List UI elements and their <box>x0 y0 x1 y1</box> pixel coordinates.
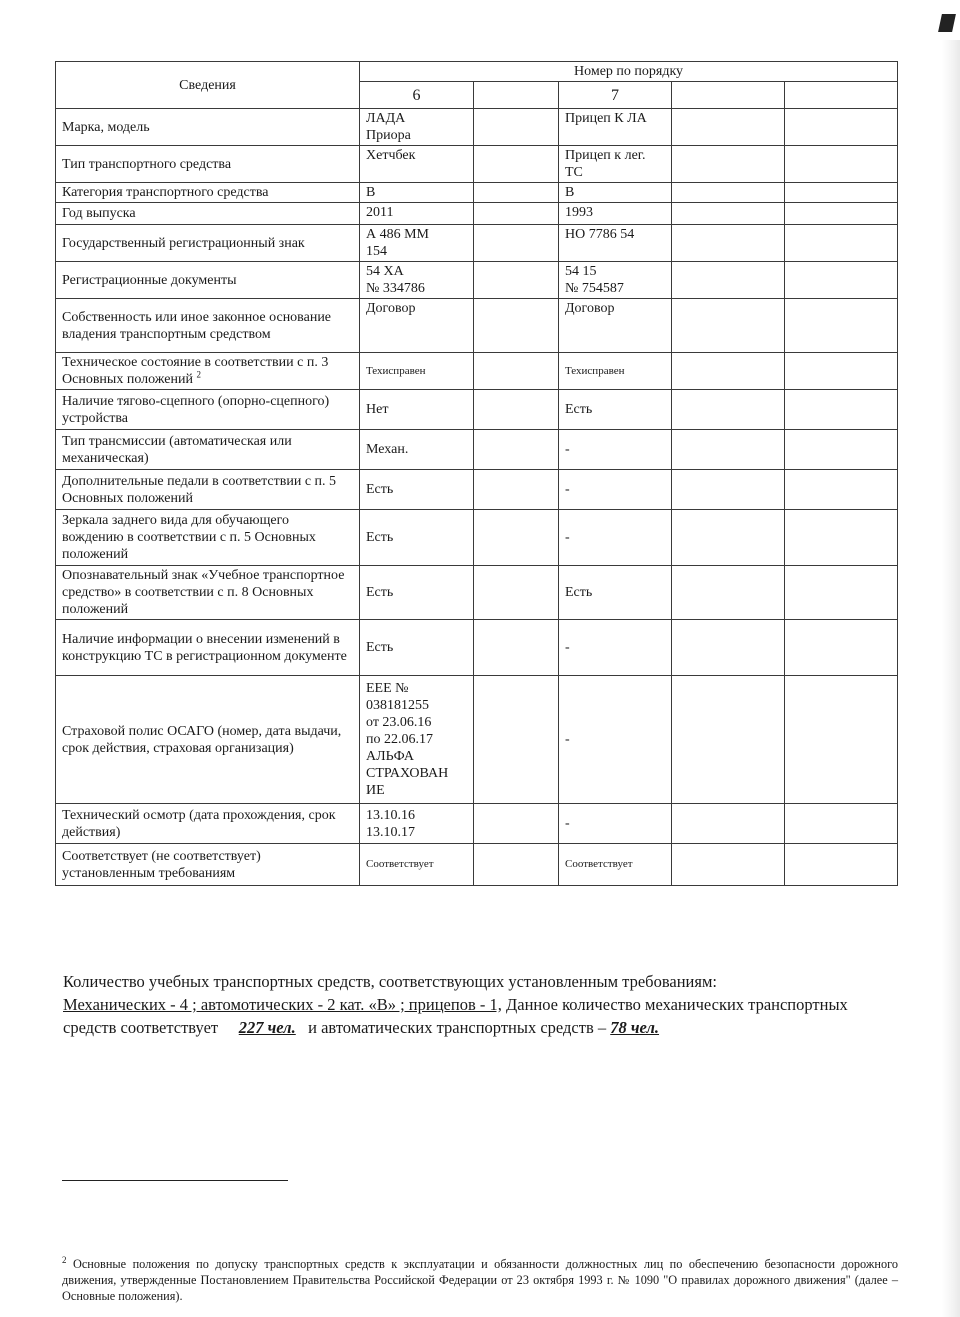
row-label: Зеркала заднего вида для обучающего вожд… <box>56 510 360 566</box>
row-value-col-1 <box>474 262 559 299</box>
row-value-col-4 <box>785 566 898 620</box>
header-info: Сведения <box>56 62 360 109</box>
row-value-col-2: - <box>559 804 672 844</box>
row-value-col-4 <box>785 183 898 203</box>
row-value-col-1 <box>474 299 559 353</box>
table-row: Категория транспортного средстваВВ <box>56 183 898 203</box>
row-value-col-1 <box>474 510 559 566</box>
footnote-text: Основные положения по допуску транспортн… <box>62 1257 898 1303</box>
row-value-col-2: Прицеп К ЛА <box>559 109 672 146</box>
row-value-col-2: 54 15 № 754587 <box>559 262 672 299</box>
table-row: Опознавательный знак «Учебное транспортн… <box>56 566 898 620</box>
row-value-col-4 <box>785 262 898 299</box>
table-row: Дополнительные педали в соответствии с п… <box>56 470 898 510</box>
header-column-2: 7 <box>559 82 672 109</box>
header-column-3 <box>672 82 785 109</box>
table-row: Страховой полис ОСАГО (номер, дата выдач… <box>56 676 898 804</box>
row-value-col-4 <box>785 804 898 844</box>
row-value-col-4 <box>785 146 898 183</box>
row-value-col-0: 13.10.16 13.10.17 <box>360 804 474 844</box>
row-value-col-4 <box>785 203 898 225</box>
row-value-col-0: Есть <box>360 620 474 676</box>
row-value-col-0: Есть <box>360 470 474 510</box>
footnote: 2 Основные положения по допуску транспор… <box>62 1256 898 1304</box>
row-value-col-3 <box>672 470 785 510</box>
scan-page-edge <box>942 40 960 1317</box>
row-value-col-2: В <box>559 183 672 203</box>
row-label: Технический осмотр (дата прохождения, ср… <box>56 804 360 844</box>
row-value-col-3 <box>672 109 785 146</box>
row-value-col-2: - <box>559 620 672 676</box>
table-row: Наличие информации о внесении изменений … <box>56 620 898 676</box>
row-value-col-0: Техисправен <box>360 353 474 390</box>
automatic-people-count: 78 чел. <box>610 1018 659 1037</box>
row-value-col-1 <box>474 620 559 676</box>
row-label: Опознавательный знак «Учебное транспортн… <box>56 566 360 620</box>
row-value-col-3 <box>672 390 785 430</box>
row-label: Государственный регистрационный знак <box>56 225 360 262</box>
row-value-col-4 <box>785 225 898 262</box>
row-label: Тип транспортного средства <box>56 146 360 183</box>
row-value-col-1 <box>474 146 559 183</box>
row-value-col-1 <box>474 676 559 804</box>
table-row: Государственный регистрационный знакА 48… <box>56 225 898 262</box>
row-value-col-1 <box>474 430 559 470</box>
row-value-col-4 <box>785 844 898 886</box>
row-value-col-2: Договор <box>559 299 672 353</box>
row-value-col-1 <box>474 225 559 262</box>
row-label-text: Государственный регистрационный знак <box>62 236 305 251</box>
row-label: Страховой полис ОСАГО (номер, дата выдач… <box>56 676 360 804</box>
row-value-col-0: ЕЕЕ № 038181255 от 23.06.16 по 22.06.17 … <box>360 676 474 804</box>
row-value-col-1 <box>474 203 559 225</box>
row-value-col-2: - <box>559 676 672 804</box>
table-row: Собственность или иное законное основани… <box>56 299 898 353</box>
row-value-col-4 <box>785 676 898 804</box>
row-value-col-0: 54 ХА № 334786 <box>360 262 474 299</box>
table-row: Год выпуска20111993 <box>56 203 898 225</box>
row-value-col-1 <box>474 844 559 886</box>
row-label-text: Технический осмотр (дата прохождения, ср… <box>62 808 336 840</box>
row-label: Год выпуска <box>56 203 360 225</box>
row-label-text: Зеркала заднего вида для обучающего вожд… <box>62 513 316 562</box>
row-value-col-0: Механ. <box>360 430 474 470</box>
row-value-col-3 <box>672 510 785 566</box>
row-value-col-2: Техисправен <box>559 353 672 390</box>
row-value-col-4 <box>785 109 898 146</box>
row-value-col-3 <box>672 430 785 470</box>
row-label-text: Тип трансмиссии (автоматическая или меха… <box>62 434 292 466</box>
row-value-col-3 <box>672 804 785 844</box>
row-value-col-4 <box>785 510 898 566</box>
row-value-col-0: Хетчбек <box>360 146 474 183</box>
row-label-text: Марка, модель <box>62 120 150 135</box>
row-value-col-4 <box>785 353 898 390</box>
row-label-text: Год выпуска <box>62 206 136 221</box>
row-value-col-0: А 486 ММ 154 <box>360 225 474 262</box>
row-value-col-2: Есть <box>559 390 672 430</box>
row-value-col-2: - <box>559 430 672 470</box>
row-value-col-2: Соответствует <box>559 844 672 886</box>
row-value-col-4 <box>785 620 898 676</box>
row-value-col-0: ЛАДА Приора <box>360 109 474 146</box>
row-value-col-0: В <box>360 183 474 203</box>
row-value-col-1 <box>474 183 559 203</box>
row-label-text: Соответствует (не соответствует) установ… <box>62 849 261 881</box>
footnote-divider <box>62 1180 288 1181</box>
row-label: Регистрационные документы <box>56 262 360 299</box>
row-value-col-2: - <box>559 470 672 510</box>
footnote-marker: 2 <box>62 1255 67 1265</box>
row-label: Техническое состояние в соответствии с п… <box>56 353 360 390</box>
table-row: Техническое состояние в соответствии с п… <box>56 353 898 390</box>
row-value-col-4 <box>785 430 898 470</box>
row-value-col-1 <box>474 566 559 620</box>
row-label-text: Тип транспортного средства <box>62 157 231 172</box>
row-value-col-4 <box>785 299 898 353</box>
table-row: Тип транспортного средстваХетчбекПрицеп … <box>56 146 898 183</box>
row-value-col-3 <box>672 225 785 262</box>
table-row: Технический осмотр (дата прохождения, ср… <box>56 804 898 844</box>
row-value-col-2: НО 7786 54 <box>559 225 672 262</box>
table-row: Зеркала заднего вида для обучающего вожд… <box>56 510 898 566</box>
row-value-col-3 <box>672 262 785 299</box>
row-label: Собственность или иное законное основани… <box>56 299 360 353</box>
row-value-col-2: Прицеп к лег. ТС <box>559 146 672 183</box>
row-label: Соответствует (не соответствует) установ… <box>56 844 360 886</box>
mechanical-people-count: 227 чел. <box>239 1018 296 1037</box>
row-label: Наличие тягово-сцепного (опорно-сцепного… <box>56 390 360 430</box>
row-label-text: Регистрационные документы <box>62 273 237 288</box>
row-value-col-2: Есть <box>559 566 672 620</box>
header-column-4 <box>785 82 898 109</box>
row-value-col-3 <box>672 676 785 804</box>
summary-middle: и автоматических транспортных средств – <box>308 1018 606 1037</box>
row-label-text: Категория транспортного средства <box>62 185 269 200</box>
summary-counts: Механических - 4 ; автомотических - 2 ка… <box>63 995 502 1014</box>
row-value-col-0: Договор <box>360 299 474 353</box>
row-value-col-3 <box>672 353 785 390</box>
header-column-0: 6 <box>360 82 474 109</box>
table-row: Наличие тягово-сцепного (опорно-сцепного… <box>56 390 898 430</box>
row-label: Категория транспортного средства <box>56 183 360 203</box>
row-label-text: Собственность или иное законное основани… <box>62 310 331 342</box>
row-value-col-3 <box>672 299 785 353</box>
table-row: Тип трансмиссии (автоматическая или меха… <box>56 430 898 470</box>
faint-stamp-bleedthrough <box>480 1105 630 1155</box>
row-value-col-4 <box>785 390 898 430</box>
row-value-col-0: Есть <box>360 566 474 620</box>
table-row: Соответствует (не соответствует) установ… <box>56 844 898 886</box>
row-value-col-3 <box>672 620 785 676</box>
row-value-col-3 <box>672 203 785 225</box>
row-label: Дополнительные педали в соответствии с п… <box>56 470 360 510</box>
row-value-col-2: - <box>559 510 672 566</box>
row-label-text: Наличие тягово-сцепного (опорно-сцепного… <box>62 394 329 426</box>
summary-line1: Количество учебных транспортных средств,… <box>63 972 717 991</box>
row-value-col-3 <box>672 183 785 203</box>
row-value-col-3 <box>672 146 785 183</box>
footnote-ref: 2 <box>196 369 201 379</box>
row-value-col-1 <box>474 390 559 430</box>
row-value-col-1 <box>474 470 559 510</box>
row-value-col-0: Соответствует <box>360 844 474 886</box>
row-value-col-0: Есть <box>360 510 474 566</box>
row-value-col-1 <box>474 353 559 390</box>
row-label: Тип трансмиссии (автоматическая или меха… <box>56 430 360 470</box>
row-value-col-2: 1993 <box>559 203 672 225</box>
row-label: Наличие информации о внесении изменений … <box>56 620 360 676</box>
row-value-col-0: 2011 <box>360 203 474 225</box>
row-label-text: Дополнительные педали в соответствии с п… <box>62 474 336 506</box>
row-value-col-3 <box>672 566 785 620</box>
summary-paragraph: Количество учебных транспортных средств,… <box>63 970 903 1039</box>
table-row: Регистрационные документы54 ХА № 3347865… <box>56 262 898 299</box>
row-value-col-1 <box>474 804 559 844</box>
row-value-col-0: Нет <box>360 390 474 430</box>
header-number: Номер по порядку <box>360 62 898 82</box>
header-column-1 <box>474 82 559 109</box>
vehicles-table: Сведения Номер по порядку 67 Марка, моде… <box>55 61 898 886</box>
row-label-text: Опознавательный знак «Учебное транспортн… <box>62 568 344 617</box>
row-label-text: Наличие информации о внесении изменений … <box>62 632 347 664</box>
table-row: Марка, модельЛАДА ПриораПрицеп К ЛА <box>56 109 898 146</box>
scan-corner-mark <box>938 14 956 32</box>
row-value-col-3 <box>672 844 785 886</box>
row-label-text: Страховой полис ОСАГО (номер, дата выдач… <box>62 724 341 756</box>
row-value-col-4 <box>785 470 898 510</box>
row-value-col-1 <box>474 109 559 146</box>
row-label: Марка, модель <box>56 109 360 146</box>
